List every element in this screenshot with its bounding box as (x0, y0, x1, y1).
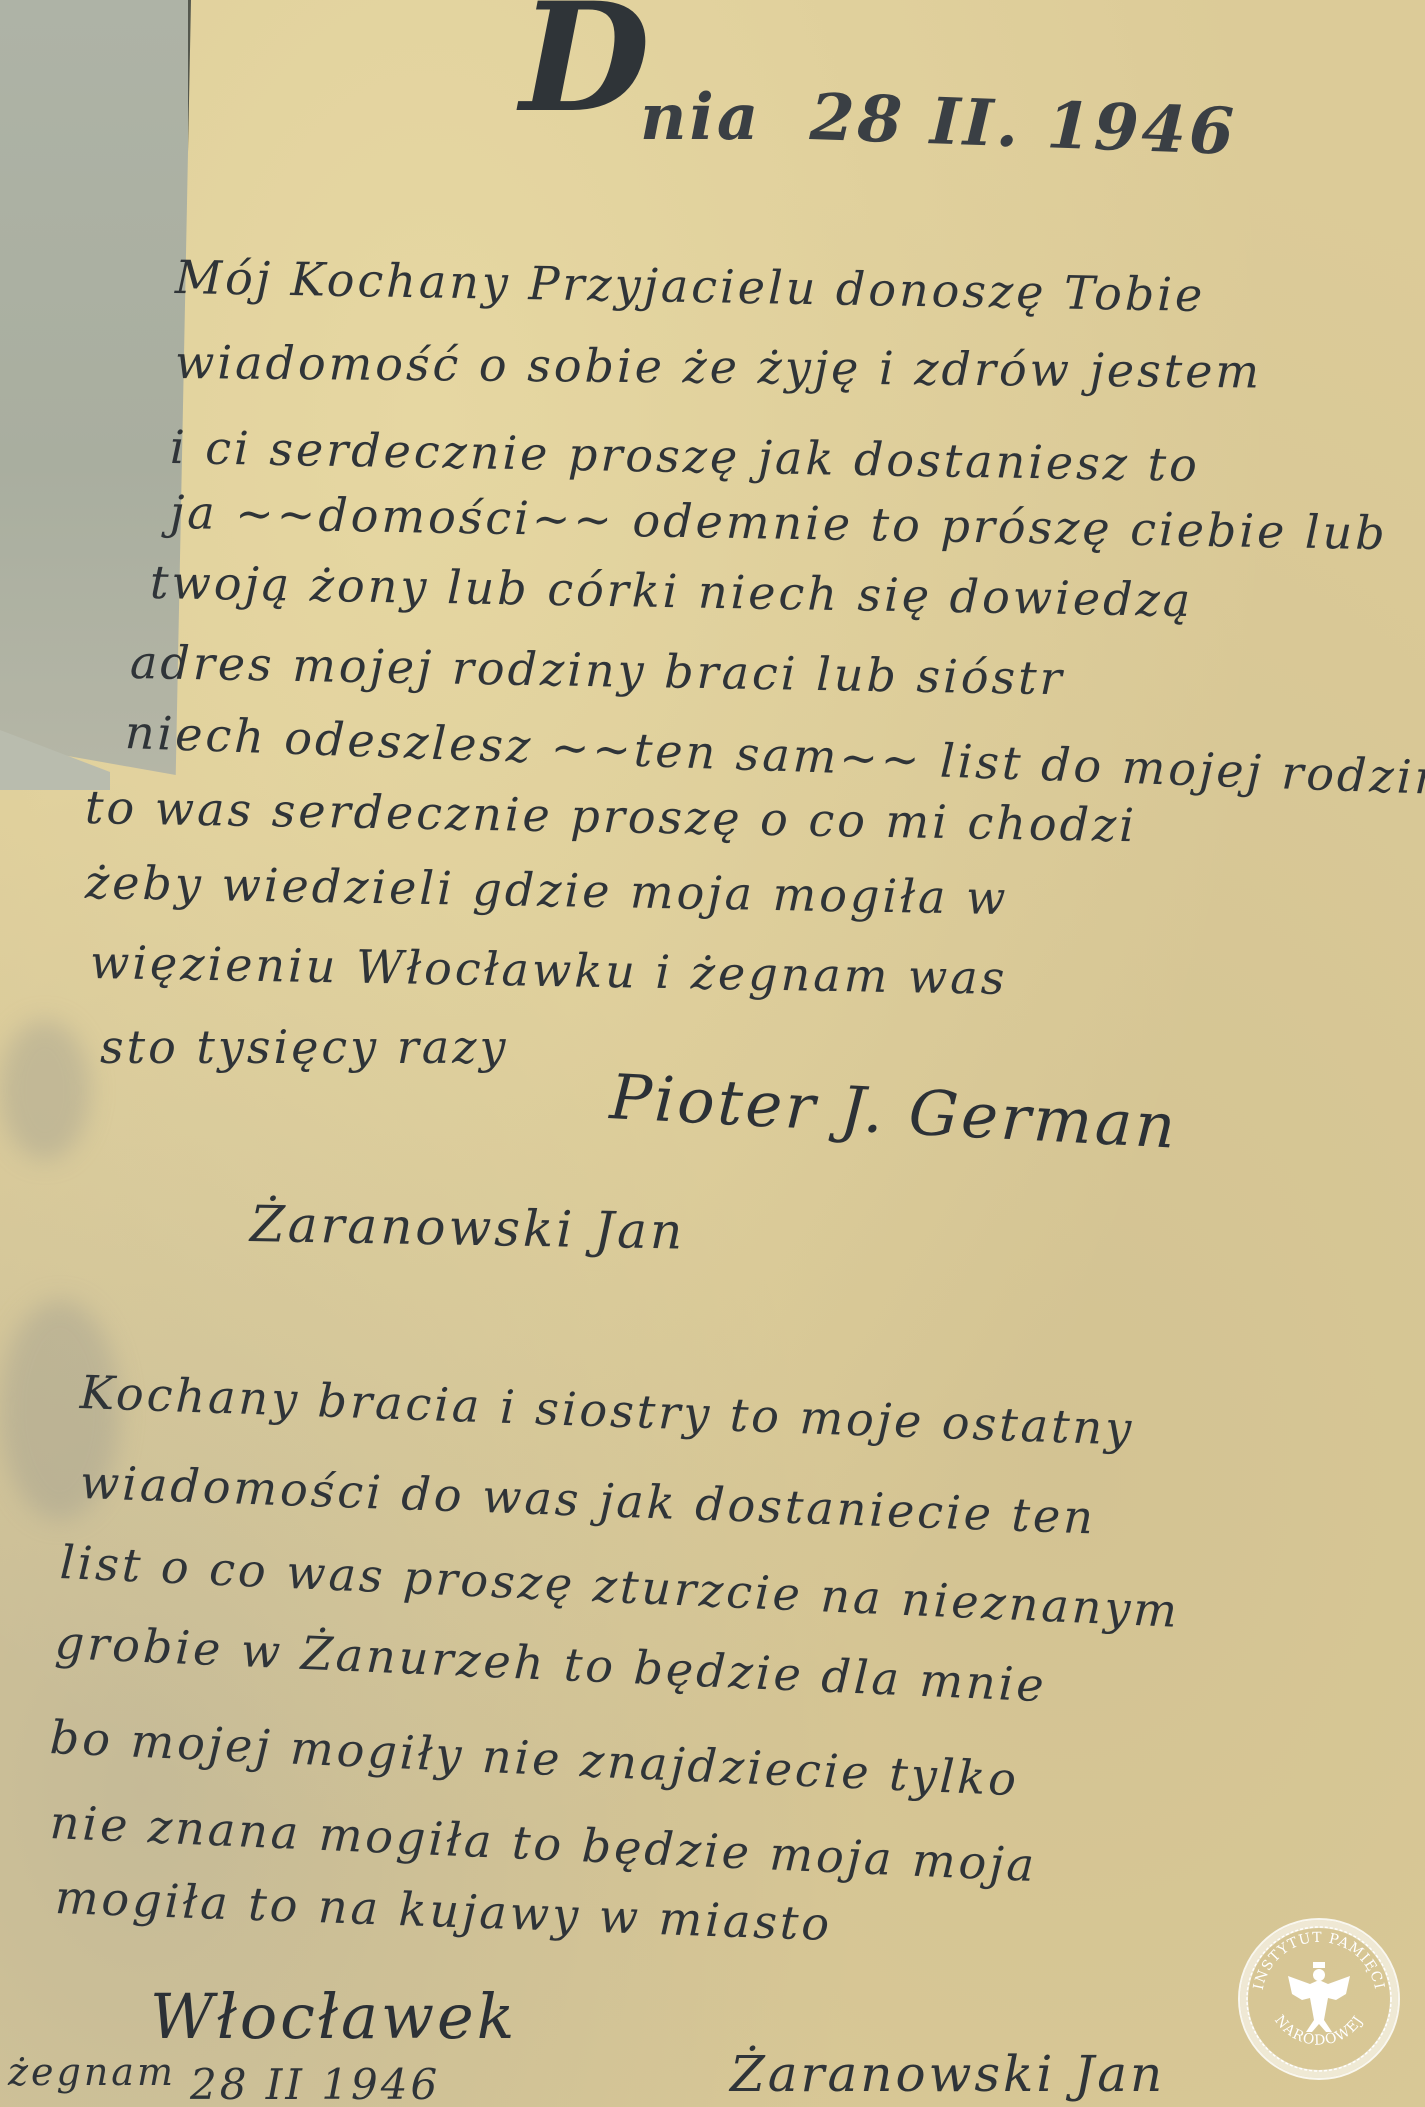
header-place-rest: nia (640, 80, 761, 155)
letter2-place: Włocławek (150, 1980, 517, 2053)
letter1-line-2: wiadomość o sobie że żyję i zdrów jestem (175, 335, 1263, 398)
letter2-heading: Żaranowski Jan (249, 1195, 685, 1261)
paper-stain (0, 1020, 90, 1160)
header-date: 28 II. 1946 (809, 80, 1238, 170)
header-place-initial: D (520, 0, 653, 146)
ipn-watermark-seal: INSTYTUT PAMIĘCI NARODOWEJ (1238, 1918, 1400, 2080)
letter2-signature: Żaranowski Jan (730, 2045, 1165, 2103)
eagle-emblem-icon: INSTYTUT PAMIĘCI NARODOWEJ (1240, 1920, 1398, 2078)
letter1-line-11: sto tysięcy razy (100, 1020, 508, 1074)
letter2-farewell: żegnam (8, 2050, 176, 2094)
letter2-closing-date: 28 II 1946 (190, 2060, 440, 2107)
